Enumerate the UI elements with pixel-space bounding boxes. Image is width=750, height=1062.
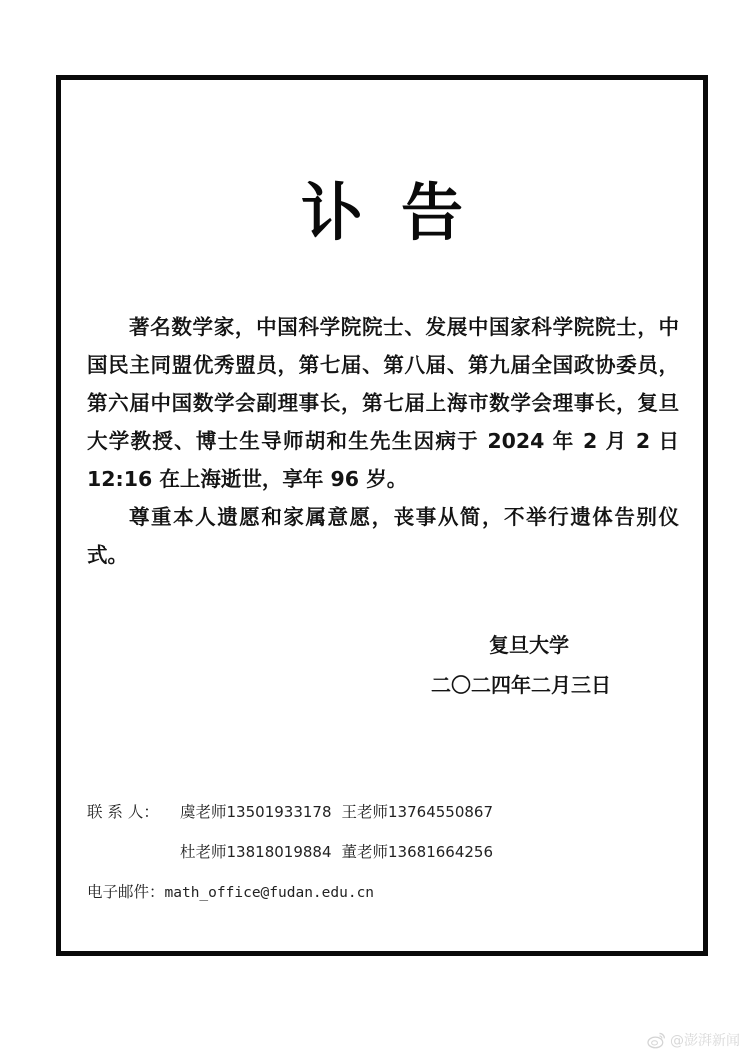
contact-name: 杜老师	[180, 843, 227, 861]
signature-organization: 复旦大学	[431, 625, 671, 665]
contact-name: 董老师	[342, 843, 389, 861]
paragraph-funeral-arrangement: 尊重本人遗愿和家属意愿，丧事从简，不举行遗体告别仪式。	[87, 498, 679, 574]
email-label: 电子邮件：	[87, 883, 165, 901]
contacts-row-1: 联 系 人：虞老师13501933178王老师13764550867	[87, 792, 493, 832]
notice-frame: 讣告 著名数学家，中国科学院院士、发展中国家科学院院士，中国民主同盟优秀盟员，第…	[56, 75, 708, 956]
signature-block: 复旦大学 二〇二四年二月三日	[431, 625, 671, 705]
watermark-text: @澎湃新闻	[670, 1030, 740, 1050]
contact-name: 王老师	[342, 803, 389, 821]
contact-phone[interactable]: 13501933178	[227, 803, 332, 821]
contacts-row-2: 杜老师13818019884董老师13681664256	[87, 832, 493, 872]
email-row: 电子邮件：math_office@fudan.edu.cn	[87, 872, 493, 913]
contact-phone[interactable]: 13764550867	[388, 803, 493, 821]
weibo-icon	[647, 1031, 667, 1049]
contacts-label: 联 系 人：	[87, 792, 180, 832]
contact-name: 虞老师	[180, 803, 227, 821]
contact-phone[interactable]: 13681664256	[388, 843, 493, 861]
email-link[interactable]: math_office@fudan.edu.cn	[165, 885, 375, 901]
page-title: 讣告	[61, 178, 703, 248]
notice-body: 著名数学家，中国科学院院士、发展中国家科学院院士，中国民主同盟优秀盟员，第七届、…	[87, 308, 679, 574]
signature-date: 二〇二四年二月三日	[431, 665, 671, 705]
contact-phone[interactable]: 13818019884	[227, 843, 332, 861]
watermark: @澎湃新闻	[647, 1030, 740, 1050]
paragraph-obituary: 著名数学家，中国科学院院士、发展中国家科学院院士，中国民主同盟优秀盟员，第七届、…	[87, 308, 679, 498]
contacts-block: 联 系 人：虞老师13501933178王老师13764550867 杜老师13…	[87, 792, 493, 913]
